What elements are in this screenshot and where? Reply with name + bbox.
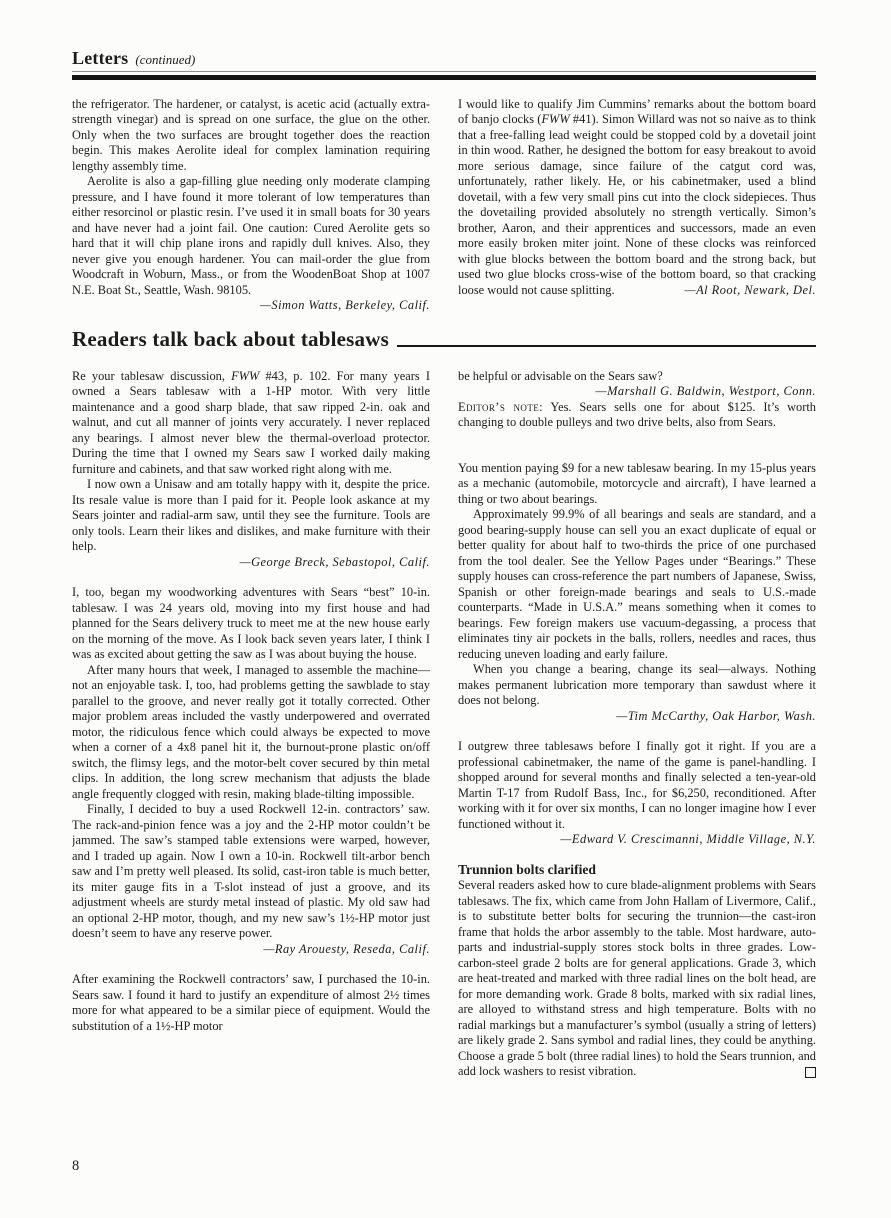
letter-paragraph: After many hours that week, I managed to… [72, 663, 430, 803]
top-left-column: the refrigerator. The hardener, or catal… [72, 97, 430, 314]
letter-signature: —Ray Arouesty, Reseda, Calif. [72, 942, 430, 958]
letter-paragraph: I outgrew three tablesaws before I final… [458, 739, 816, 848]
running-head-subtitle: (continued) [135, 52, 195, 68]
running-head: Letters (continued) [72, 48, 816, 69]
section-heading: Readers talk back about tablesaws [72, 327, 816, 352]
page-body: the refrigerator. The hardener, or catal… [72, 97, 816, 1080]
section-heading-text: Readers talk back about tablesaws [72, 327, 389, 352]
letter-paragraph: I would like to qualify Jim Cummins’ rem… [458, 97, 816, 299]
letter-paragraph: I, too, began my woodworking adventures … [72, 585, 430, 663]
letter-paragraph: the refrigerator. The hardener, or catal… [72, 97, 430, 175]
letter-signature: —Edward V. Crescimanni, Middle Village, … [560, 832, 816, 848]
magazine-page: Letters (continued) the refrigerator. Th… [0, 0, 891, 1218]
letter-signature: —Tim McCarthy, Oak Harbor, Wash. [458, 709, 816, 725]
letter-signature: —Al Root, Newark, Del. [685, 283, 816, 299]
letter-paragraph: You mention paying $9 for a new tablesaw… [458, 461, 816, 508]
top-right-column: I would like to qualify Jim Cummins’ rem… [458, 97, 816, 314]
letter-paragraph: Re your tablesaw discussion, FWW #43, p.… [72, 369, 430, 478]
running-head-title: Letters [72, 48, 128, 69]
page-number: 8 [72, 1158, 79, 1175]
letter-paragraph: be helpful or advisable on the Sears saw… [458, 369, 816, 385]
header-thin-rule [72, 71, 816, 72]
letter-paragraph: Several readers asked how to cure blade-… [458, 878, 816, 1080]
bottom-right-column: be helpful or advisable on the Sears saw… [458, 369, 816, 1080]
section-heading-rule [397, 345, 816, 347]
page-header: Letters (continued) [72, 48, 816, 80]
end-of-column-mark [805, 1067, 816, 1078]
top-columns: the refrigerator. The hardener, or catal… [72, 97, 816, 314]
letter-paragraph: Aerolite is also a gap-filling glue need… [72, 174, 430, 298]
letter-paragraph: When you change a bearing, change its se… [458, 662, 816, 709]
letter-paragraph: After examining the Rockwell contractors… [72, 972, 430, 1034]
editor-note-label: Editor’s note: [458, 400, 543, 414]
letter-signature: —George Breck, Sebastopol, Calif. [72, 555, 430, 571]
bottom-columns: Re your tablesaw discussion, FWW #43, p.… [72, 369, 816, 1080]
letter-paragraph: Approximately 99.9% of all bearings and … [458, 507, 816, 662]
subsection-heading: Trunnion bolts clarified [458, 862, 816, 878]
letter-paragraph: Finally, I decided to buy a used Rockwel… [72, 802, 430, 942]
letter-signature: —Simon Watts, Berkeley, Calif. [72, 298, 430, 314]
header-thick-rule [72, 75, 816, 80]
editor-note: Editor’s note: Yes. Sears sells one for … [458, 400, 816, 431]
letter-paragraph: I now own a Unisaw and am totally happy … [72, 477, 430, 555]
letter-signature: —Marshall G. Baldwin, Westport, Conn. [458, 384, 816, 400]
bottom-left-column: Re your tablesaw discussion, FWW #43, p.… [72, 369, 430, 1080]
